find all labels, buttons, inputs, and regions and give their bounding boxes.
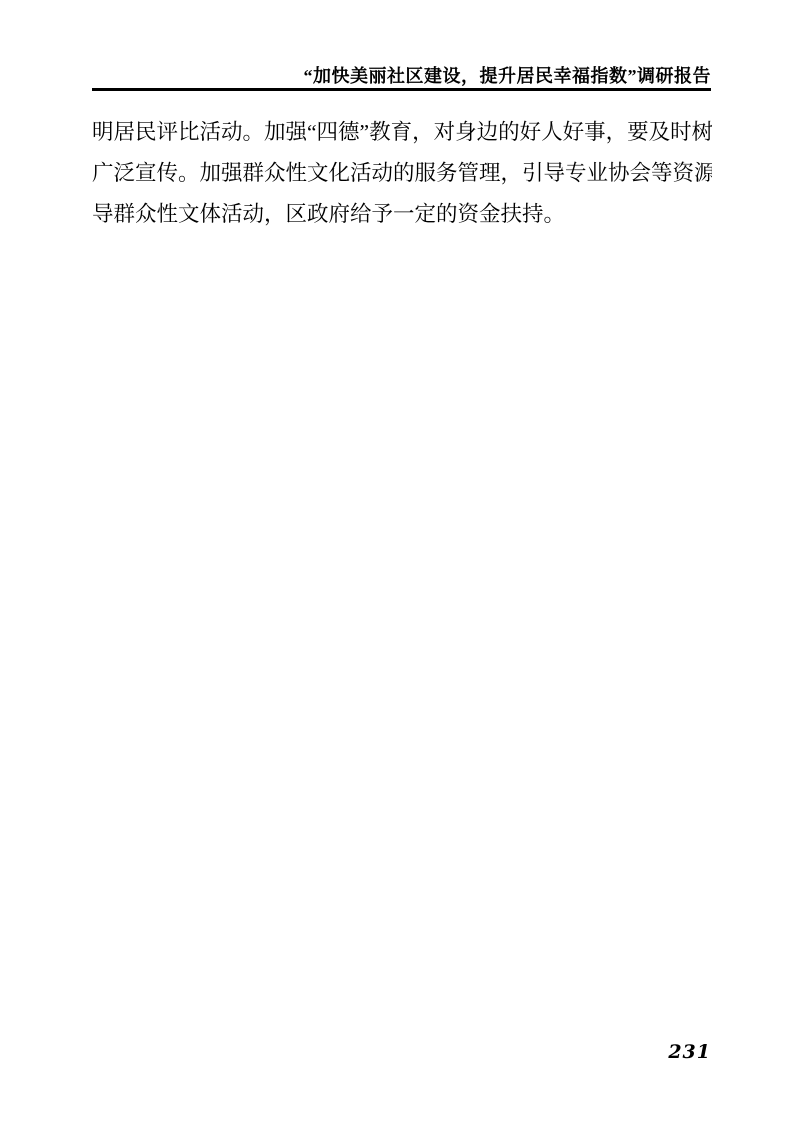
body-line-2: 广泛宣传。加强群众性文化活动的服务管理，引导专业协会等资源，指 xyxy=(92,153,712,194)
body-line-3: 导群众性文体活动，区政府给予一定的资金扶持。 xyxy=(92,194,712,235)
document-page: “加快美丽社区建设，提升居民幸福指数”调研报告 明居民评比活动。加强“四德”教育… xyxy=(0,0,803,1133)
page-number: 231 xyxy=(92,1041,711,1063)
body-line-1: 明居民评比活动。加强“四德”教育，对身边的好人好事，要及时树典， xyxy=(92,112,712,153)
body-paragraph: 明居民评比活动。加强“四德”教育，对身边的好人好事，要及时树典， 广泛宣传。加强… xyxy=(92,112,712,235)
page-header-title: “加快美丽社区建设，提升居民幸福指数”调研报告 xyxy=(92,62,711,88)
header-divider-rule xyxy=(92,88,711,91)
